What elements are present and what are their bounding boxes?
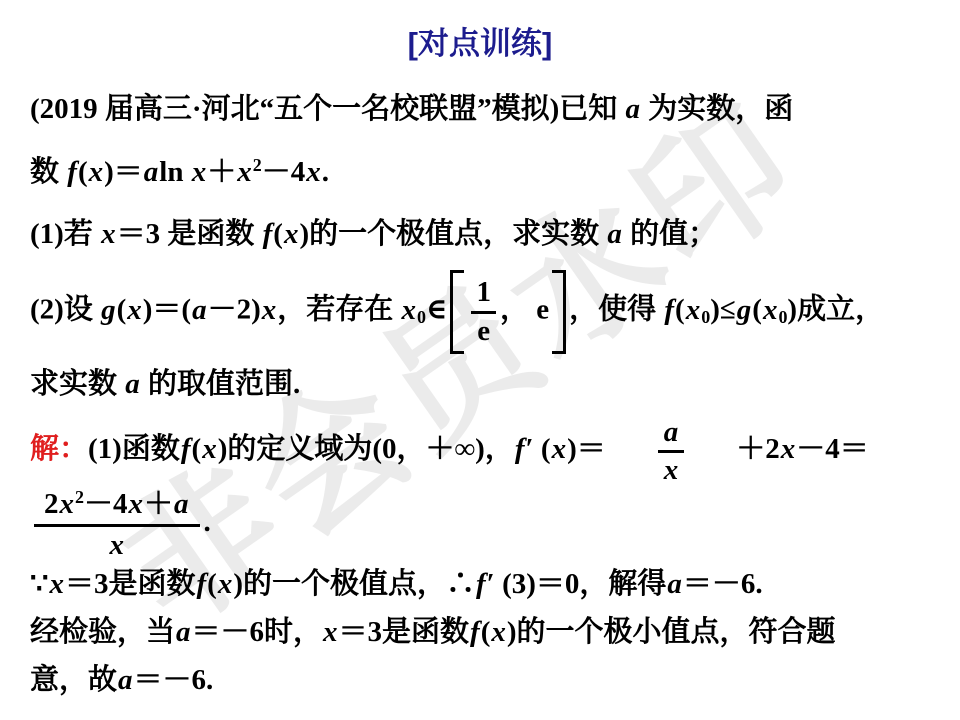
text-segment: x: [236, 156, 253, 188]
text-segment: x: [126, 294, 143, 326]
text-segment: ln: [159, 156, 190, 188]
text-segment: 的取值范围.: [141, 368, 301, 400]
solution-line-3: ∵x＝3是函数f(x)的一个极值点，∴f′ (3)＝0，解得a＝－6.: [30, 562, 930, 606]
text-segment: x: [401, 294, 418, 326]
text-segment: 为实数，函: [641, 93, 793, 125]
text-segment: (2)设: [30, 294, 100, 326]
text-segment: )的一个极值点，求实数: [299, 218, 606, 250]
denominator: e: [471, 314, 496, 347]
text-segment: x: [109, 529, 126, 561]
text-segment: (1)若: [30, 218, 100, 250]
text-segment: (: [481, 616, 491, 648]
text-segment: ＝3是函数: [339, 616, 470, 648]
solution-line-1: 解：(1)函数f(x)的定义域为(0，＋∞)，f′ (x)＝ax＋2x－4＝: [30, 416, 930, 487]
denominator: x: [658, 453, 685, 486]
text-segment: －4＝: [796, 433, 869, 465]
text-segment: ＋: [207, 156, 236, 188]
question-2: (2)设 g(x)＝(a－2)x，若存在 x0∈1e， e，使得 f(x0)≤g…: [30, 270, 930, 354]
question-2-line-2: 求实数 a 的取值范围.: [30, 362, 930, 406]
text-segment: ′ (3)＝0，解得: [487, 568, 667, 600]
text-segment: (: [675, 294, 685, 326]
text-segment: (: [752, 294, 762, 326]
text-segment: .: [322, 156, 329, 188]
text-segment: e: [477, 315, 490, 347]
text-segment: x: [322, 616, 339, 648]
solution-line-5: 意，故a＝－6.: [30, 658, 930, 702]
text-segment: 的值；: [623, 218, 717, 250]
text-segment: 数: [30, 156, 66, 188]
text-segment: 0: [701, 307, 710, 327]
numerator: a: [658, 416, 685, 453]
problem-intro-line-1: (2019 届高三·河北“五个一名校联盟”模拟)已知 a 为实数，函: [30, 87, 930, 131]
text-segment: g: [736, 294, 753, 326]
text-segment: ＋2: [736, 433, 780, 465]
text-segment: a: [124, 368, 141, 400]
text-segment: ＝－6时，: [192, 616, 323, 648]
text-segment: f: [180, 433, 192, 465]
text-segment: 2: [44, 488, 59, 520]
text-segment: 1: [476, 276, 491, 308]
numerator: 2x2－4x＋a: [34, 487, 200, 527]
text-segment: ′ (: [526, 433, 551, 465]
text-segment: －2): [208, 294, 261, 326]
text-segment: (: [207, 568, 217, 600]
text-segment: －4: [262, 156, 306, 188]
fraction: ax: [658, 416, 685, 487]
text-segment: x: [191, 156, 208, 188]
text-segment: ， e: [500, 294, 549, 326]
text-segment: a: [117, 664, 134, 696]
text-segment: 2: [253, 155, 262, 175]
problem-intro-line-2: 数 f(x)＝aln x＋x2－4x.: [30, 143, 930, 194]
text-segment: x: [551, 433, 568, 465]
text-segment: 0: [417, 307, 426, 327]
text-segment: a: [173, 488, 190, 520]
text-segment: 意，故: [30, 664, 117, 696]
text-segment: (: [273, 218, 283, 250]
text-segment: x: [283, 218, 300, 250]
text-segment: f: [475, 568, 487, 600]
numerator: 1: [471, 276, 496, 313]
text-segment: ＝－6.: [134, 664, 214, 696]
text-segment: a: [663, 416, 680, 448]
text-segment: a: [666, 568, 683, 600]
left-bracket: [450, 270, 464, 354]
fraction: 1e: [471, 276, 496, 347]
text-segment: －4: [84, 488, 128, 520]
text-segment: (: [78, 156, 88, 188]
text-segment: a: [625, 93, 642, 125]
text-segment: ＝－6.: [683, 568, 763, 600]
text-segment: x: [201, 433, 218, 465]
question-1: (1)若 x＝3 是函数 f(x)的一个极值点，求实数 a 的值；: [30, 212, 930, 256]
text-segment: )＝(: [143, 294, 191, 326]
text-segment: ＋: [144, 488, 173, 520]
text-segment: a: [606, 218, 623, 250]
text-segment: ，若存在: [277, 294, 400, 326]
text-segment: 求实数: [30, 368, 124, 400]
text-segment: (1)函数: [88, 433, 180, 465]
text-segment: a: [143, 156, 160, 188]
text-segment: x: [685, 294, 702, 326]
denominator: x: [34, 527, 200, 561]
text-segment: x: [59, 488, 76, 520]
text-segment: f: [262, 218, 274, 250]
text-segment: ∈: [426, 294, 447, 326]
text-segment: x: [780, 433, 797, 465]
text-segment: )＝: [104, 156, 143, 188]
text-segment: (: [192, 433, 202, 465]
text-segment: x: [217, 568, 234, 600]
text-segment: x: [663, 454, 680, 486]
text-segment: g: [100, 294, 117, 326]
text-segment: f: [514, 433, 526, 465]
text-segment: x: [261, 294, 278, 326]
solution-line-2: 2x2－4x＋ax.: [30, 487, 930, 562]
text-segment: x: [128, 488, 145, 520]
spacer: [606, 456, 654, 458]
fraction: 2x2－4x＋ax: [34, 487, 200, 562]
text-segment: ＝3 是函数: [117, 218, 262, 250]
text-segment: f: [663, 294, 675, 326]
text-segment: ，使得: [569, 294, 663, 326]
text-segment: )的一个极值点，∴: [233, 568, 475, 600]
text-segment: .: [204, 506, 211, 538]
text-segment: f: [195, 568, 207, 600]
text-segment: )的定义域为(0，＋∞)，: [218, 433, 514, 465]
text-segment: (2019 届高三·河北“五个一名校联盟”模拟)已知: [30, 93, 625, 125]
slide-page: [对点训练] (2019 届高三·河北“五个一名校联盟”模拟)已知 a 为实数，…: [0, 0, 960, 702]
section-title: [对点训练]: [30, 18, 930, 63]
text-segment: x: [490, 616, 507, 648]
text-segment: 2: [75, 487, 84, 507]
text-segment: x: [762, 294, 779, 326]
spacer: [688, 456, 736, 458]
text-segment: a: [191, 294, 208, 326]
text-segment: 经检验，当: [30, 616, 175, 648]
text-segment: f: [469, 616, 481, 648]
text-segment: )＝: [567, 433, 606, 465]
text-segment: x: [48, 568, 65, 600]
text-segment: a: [175, 616, 192, 648]
text-segment: )≤: [710, 294, 736, 326]
text-segment: x: [305, 156, 322, 188]
text-segment: )成立，: [787, 294, 884, 326]
text-segment: ∵: [30, 568, 48, 600]
text-segment: (: [117, 294, 127, 326]
text-segment: x: [88, 156, 105, 188]
text-segment: ＝3是函数: [65, 568, 196, 600]
text-segment: )的一个极小值点，符合题: [507, 616, 836, 648]
solution-line-4: 经检验，当a＝－6时，x＝3是函数f(x)的一个极小值点，符合题: [30, 610, 930, 654]
text-segment: f: [66, 156, 78, 188]
solution-label: 解：: [30, 433, 88, 465]
right-bracket: [552, 270, 566, 354]
text-segment: x: [100, 218, 117, 250]
